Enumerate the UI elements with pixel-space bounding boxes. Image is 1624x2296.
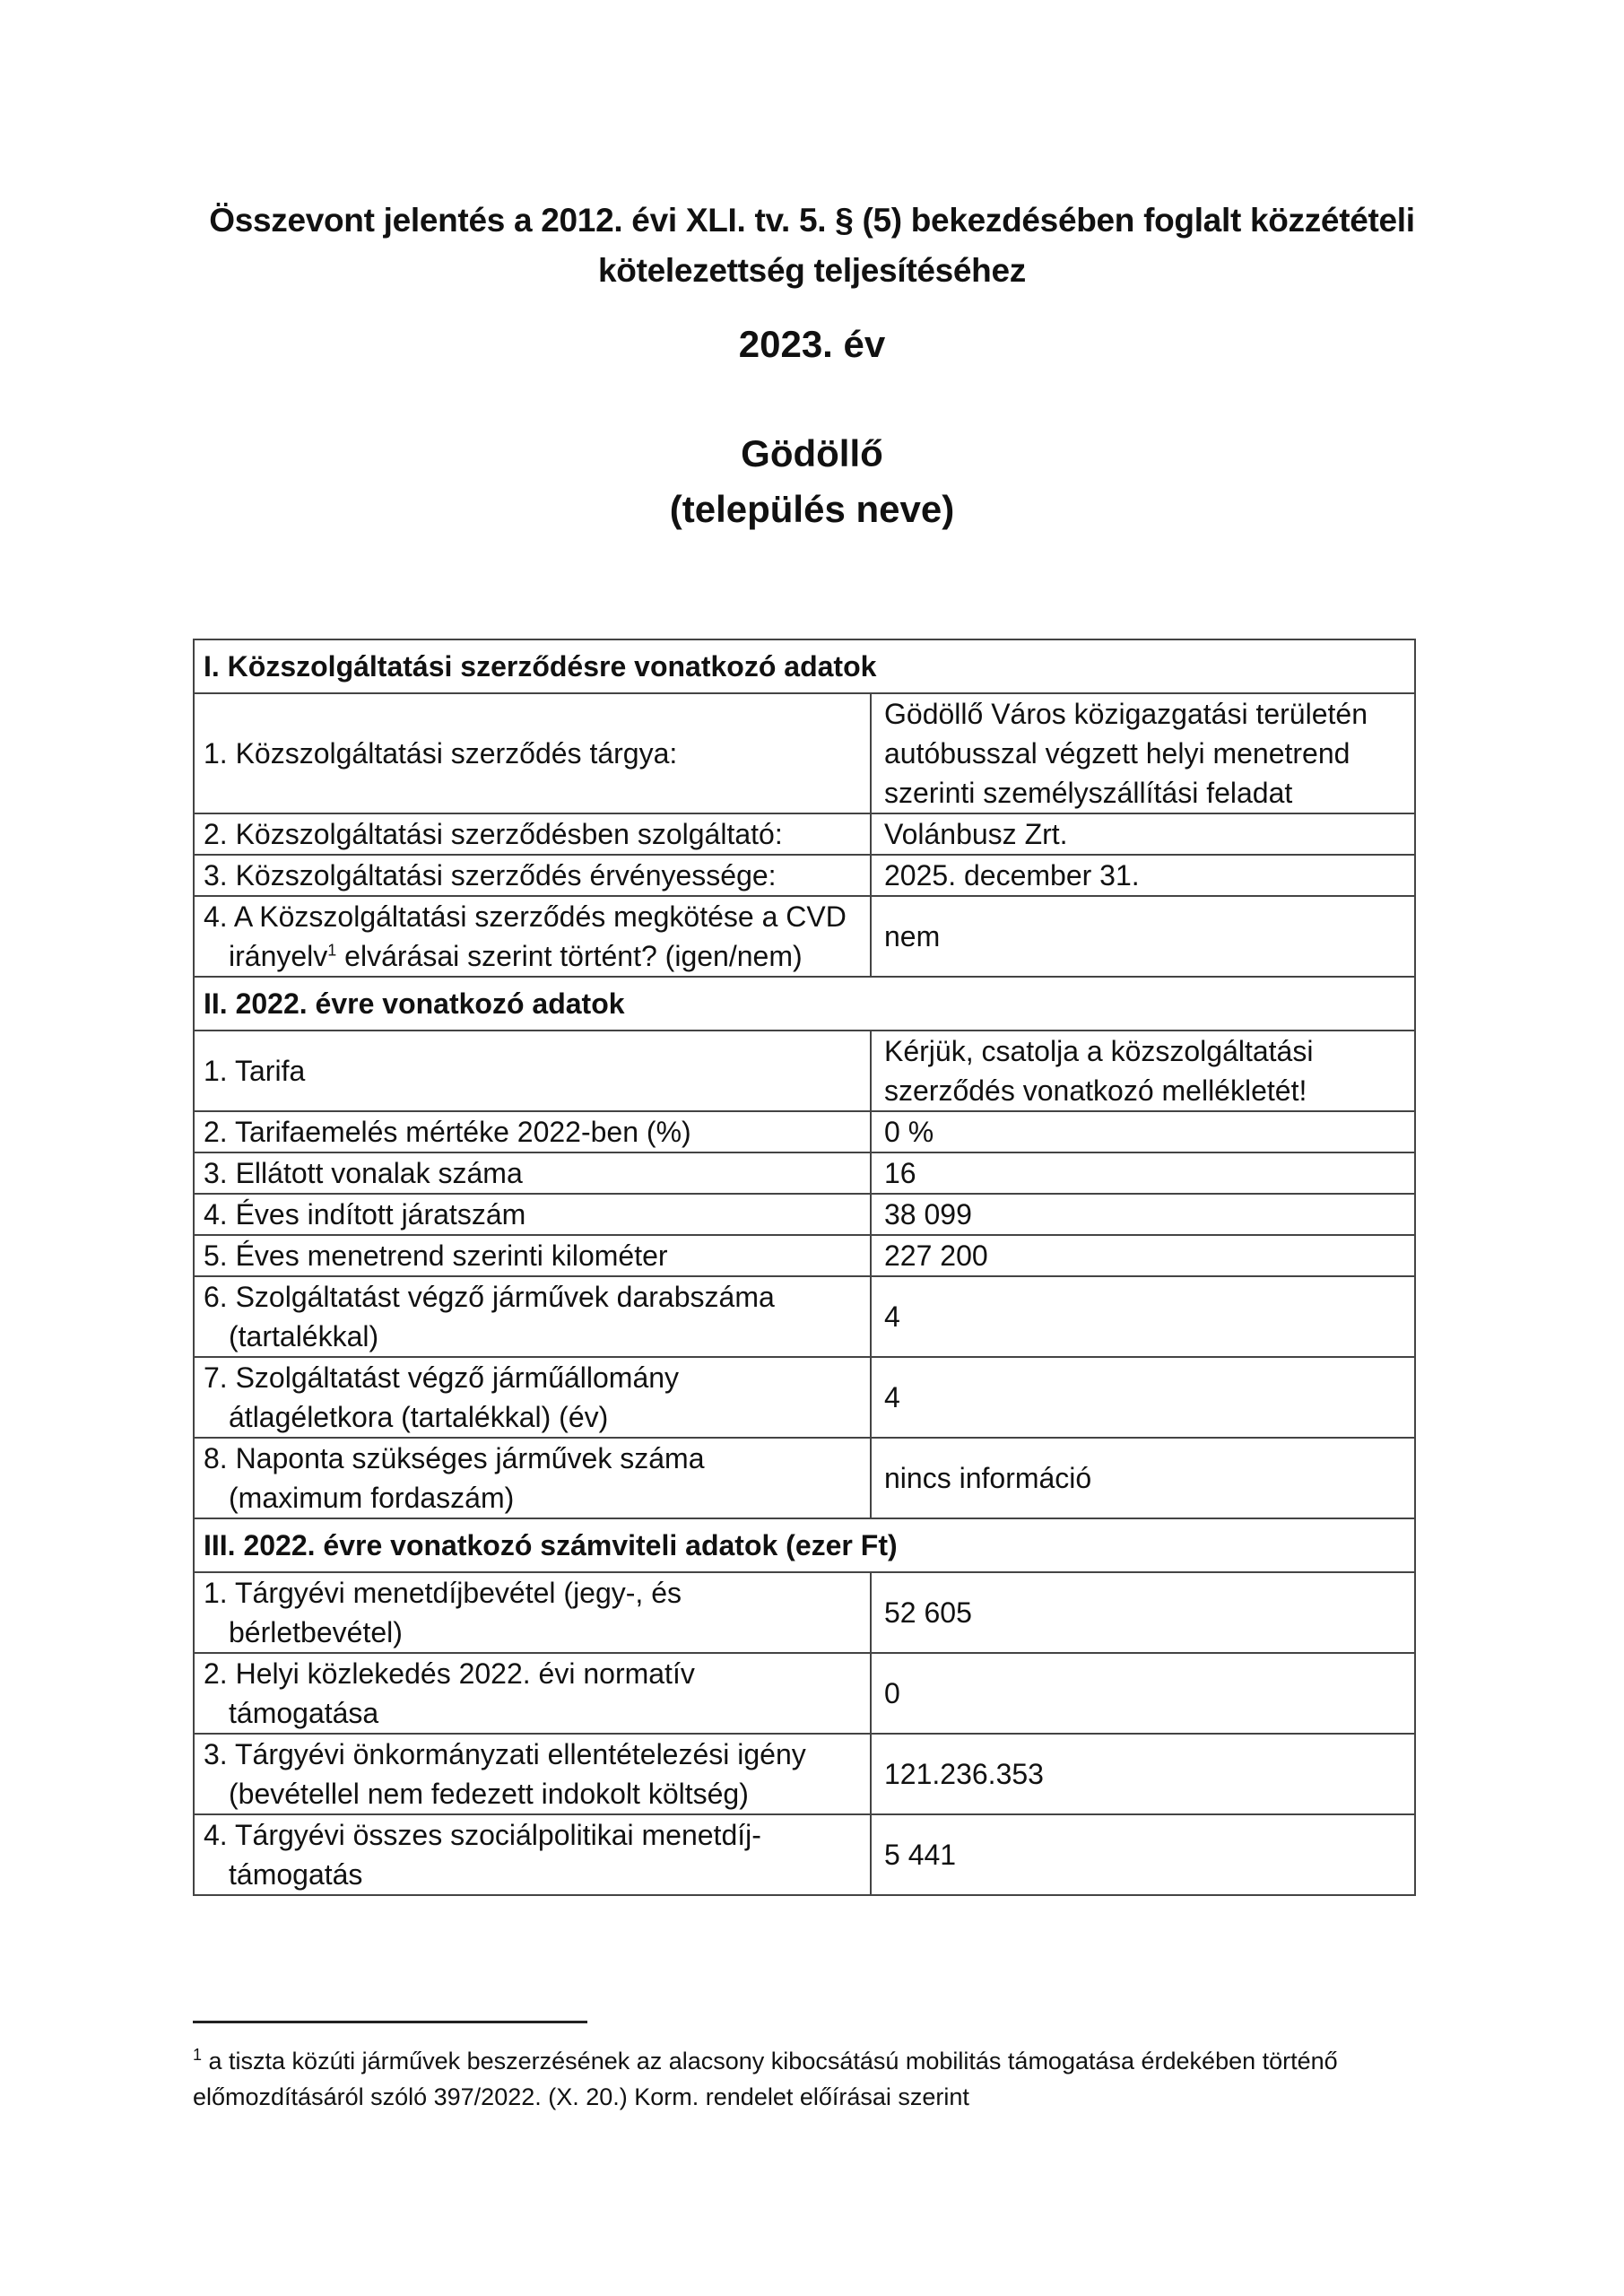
row-label-line: 4. Tárgyévi összes szociálpolitikai mene… (204, 1819, 761, 1851)
footnote-ref[interactable]: 1 (327, 941, 336, 959)
row-value: Gödöllő Város közigazgatási területén au… (871, 693, 1415, 813)
report-table: I. Közszolgáltatási szerződésre vonatkoz… (193, 639, 1416, 1896)
title-line-2: kötelezettség teljesítéséhez (0, 246, 1624, 296)
row-value: Kérjük, csatolja a közszolgáltatási szer… (871, 1031, 1415, 1111)
table-row: 6. Szolgáltatást végző járművek darabszá… (194, 1276, 1415, 1357)
title-line-1: Összevont jelentés a 2012. évi XLI. tv. … (0, 196, 1624, 246)
row-value: 4 (871, 1357, 1415, 1438)
table-row: 4. Éves indított járatszám 38 099 (194, 1194, 1415, 1235)
row-label: 2. Helyi közlekedés 2022. évi normatív t… (194, 1653, 871, 1734)
row-label: 3. Közszolgáltatási szerződés érvényessé… (194, 855, 871, 896)
row-label-continuation: bérletbevétel) (204, 1613, 861, 1652)
report-year: 2023. év (0, 319, 1624, 370)
row-label: 3. Tárgyévi önkormányzati ellentételezés… (194, 1734, 871, 1814)
table-row: 1. Tarifa Kérjük, csatolja a közszolgált… (194, 1031, 1415, 1111)
row-label: 4. Tárgyévi összes szociálpolitikai mene… (194, 1814, 871, 1895)
row-label-line: 8. Naponta szükséges járművek száma (204, 1442, 704, 1474)
settlement-name: Gödöllő (0, 429, 1624, 479)
row-label-continuation: átlagéletkora (tartalékkal) (év) (204, 1397, 861, 1437)
footnote: 1 a tiszta közúti járművek beszerzésének… (193, 2043, 1448, 2115)
row-label-line: 7. Szolgáltatást végző járműállomány (204, 1361, 679, 1394)
row-label: 1. Közszolgáltatási szerződés tárgya: (194, 693, 871, 813)
row-label: 6. Szolgáltatást végző járművek darabszá… (194, 1276, 871, 1357)
row-value: 38 099 (871, 1194, 1415, 1235)
row-value: 16 (871, 1152, 1415, 1194)
row-value: nem (871, 896, 1415, 977)
row-label-continuation: (tartalékkal) (204, 1317, 861, 1356)
footnote-marker: 1 (193, 2046, 202, 2064)
row-label-line: 2. Helyi közlekedés 2022. évi normatív (204, 1657, 695, 1690)
table-row: 3. Közszolgáltatási szerződés érvényessé… (194, 855, 1415, 896)
row-label-continuation: (bevétellel nem fedezett indokolt költsé… (204, 1774, 861, 1813)
section-title: III. 2022. évre vonatkozó számviteli ada… (194, 1518, 1415, 1572)
row-label-continuation: irányelv1 elvárásai szerint történt? (ig… (204, 936, 861, 976)
table-row: 3. Ellátott vonalak száma 16 (194, 1152, 1415, 1194)
table-row: 2. Helyi közlekedés 2022. évi normatív t… (194, 1653, 1415, 1734)
row-value: nincs információ (871, 1438, 1415, 1518)
row-value: 121.236.353 (871, 1734, 1415, 1814)
table-row: 8. Naponta szükséges járművek száma (max… (194, 1438, 1415, 1518)
section-header-row: II. 2022. évre vonatkozó adatok (194, 977, 1415, 1031)
row-label: 1. Tarifa (194, 1031, 871, 1111)
table-row: 1. Közszolgáltatási szerződés tárgya: Gö… (194, 693, 1415, 813)
row-label-continuation: támogatás (204, 1855, 861, 1894)
section-title: II. 2022. évre vonatkozó adatok (194, 977, 1415, 1031)
row-label: 2. Tarifaemelés mértéke 2022-ben (%) (194, 1111, 871, 1152)
settlement-caption: (település neve) (0, 483, 1624, 536)
table-row: 2. Közszolgáltatási szerződésben szolgál… (194, 813, 1415, 855)
row-value: Volánbusz Zrt. (871, 813, 1415, 855)
row-label: 2. Közszolgáltatási szerződésben szolgál… (194, 813, 871, 855)
row-value: 2025. december 31. (871, 855, 1415, 896)
footnote-separator (193, 2021, 587, 2023)
row-label: 4. Éves indított járatszám (194, 1194, 871, 1235)
table-row: 4. A Közszolgáltatási szerződés megkötés… (194, 896, 1415, 977)
row-label: 5. Éves menetrend szerinti kilométer (194, 1235, 871, 1276)
row-label-line: 4. A Közszolgáltatási szerződés megkötés… (204, 900, 847, 933)
row-label-line: 3. Tárgyévi önkormányzati ellentételezés… (204, 1738, 806, 1770)
row-value: 227 200 (871, 1235, 1415, 1276)
label-part: irányelv (229, 940, 327, 972)
row-label: 3. Ellátott vonalak száma (194, 1152, 871, 1194)
row-label-line: 6. Szolgáltatást végző járművek darabszá… (204, 1281, 775, 1313)
section-header-row: I. Közszolgáltatási szerződésre vonatkoz… (194, 639, 1415, 693)
row-label: 4. A Közszolgáltatási szerződés megkötés… (194, 896, 871, 977)
table-row: 4. Tárgyévi összes szociálpolitikai mene… (194, 1814, 1415, 1895)
row-value: 5 441 (871, 1814, 1415, 1895)
table-row: 7. Szolgáltatást végző járműállomány átl… (194, 1357, 1415, 1438)
row-label: 8. Naponta szükséges járművek száma (max… (194, 1438, 871, 1518)
row-label-continuation: támogatása (204, 1693, 861, 1733)
table-row: 1. Tárgyévi menetdíjbevétel (jegy-, és b… (194, 1572, 1415, 1653)
row-label: 7. Szolgáltatást végző járműállomány átl… (194, 1357, 871, 1438)
row-label: 1. Tárgyévi menetdíjbevétel (jegy-, és b… (194, 1572, 871, 1653)
table-row: 3. Tárgyévi önkormányzati ellentételezés… (194, 1734, 1415, 1814)
row-value: 0 (871, 1653, 1415, 1734)
row-label-continuation: (maximum fordaszám) (204, 1478, 861, 1518)
table-row: 5. Éves menetrend szerinti kilométer 227… (194, 1235, 1415, 1276)
row-value: 0 % (871, 1111, 1415, 1152)
row-value: 4 (871, 1276, 1415, 1357)
row-value: 52 605 (871, 1572, 1415, 1653)
footnote-text: a tiszta közúti járművek beszerzésének a… (193, 2048, 1338, 2110)
row-label-line: 1. Tárgyévi menetdíjbevétel (jegy-, és (204, 1577, 682, 1609)
section-header-row: III. 2022. évre vonatkozó számviteli ada… (194, 1518, 1415, 1572)
section-title: I. Közszolgáltatási szerződésre vonatkoz… (194, 639, 1415, 693)
document-title: Összevont jelentés a 2012. évi XLI. tv. … (0, 196, 1624, 296)
table-row: 2. Tarifaemelés mértéke 2022-ben (%) 0 % (194, 1111, 1415, 1152)
label-part: elvárásai szerint történt? (igen/nem) (336, 940, 802, 972)
